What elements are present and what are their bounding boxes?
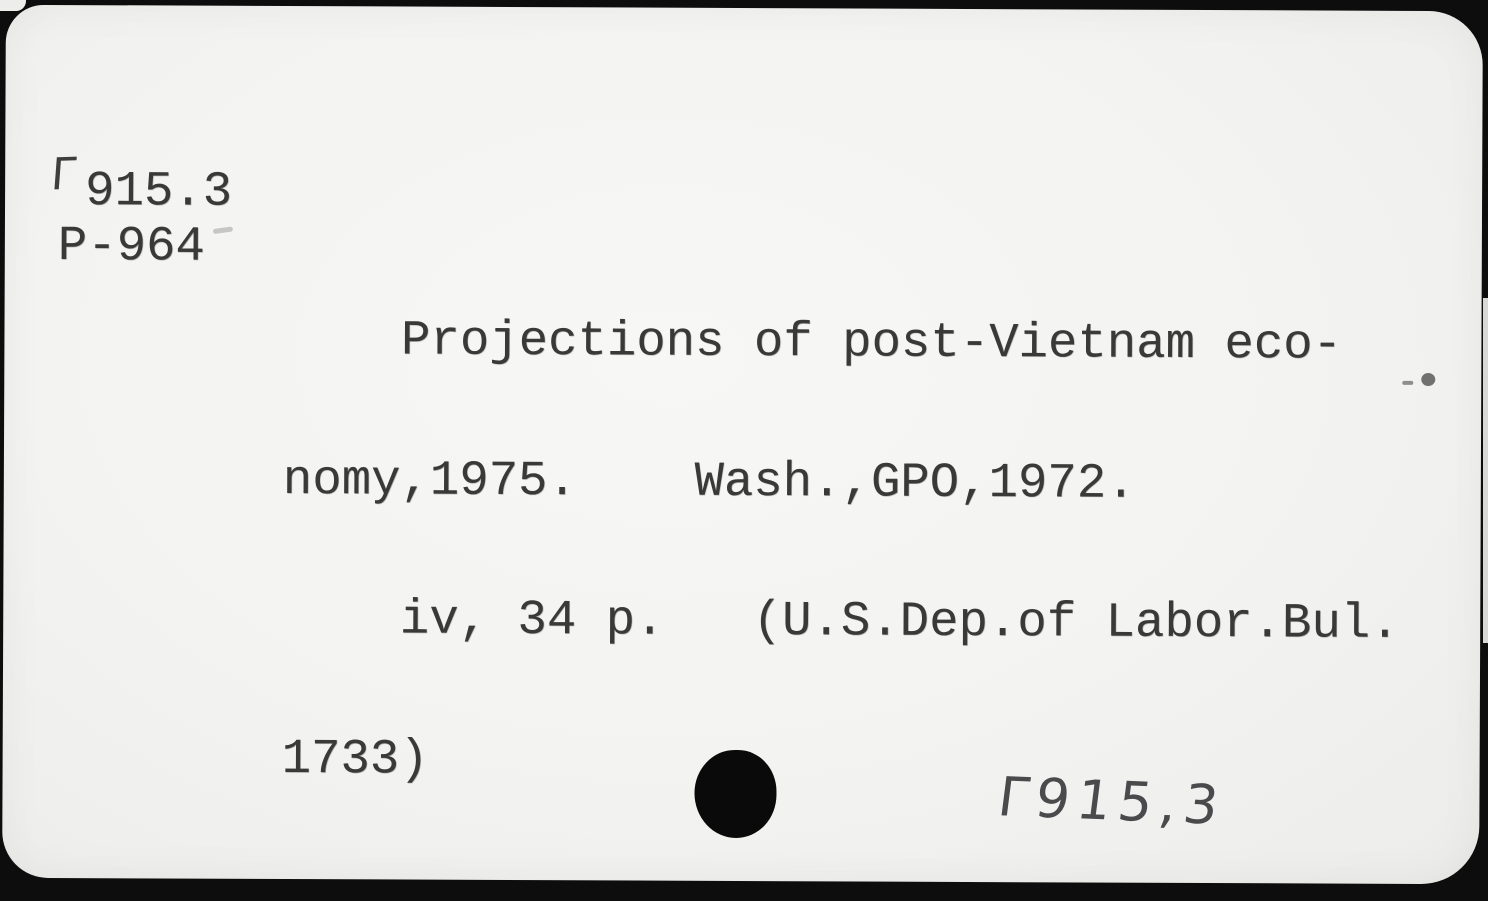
call-number-class: 915.3 <box>85 168 232 215</box>
paper-speck <box>1402 381 1413 385</box>
hole-punch-icon <box>694 750 776 838</box>
scanner-corner-artifact <box>0 0 26 11</box>
entry-line-title: Projections of post-Vietnam eco- <box>283 317 1401 368</box>
scan-background: Γ 915.3 P-964 Projections of post-Vietna… <box>0 0 1488 901</box>
adjacent-card-edge <box>1483 298 1488 643</box>
handwritten-call-number-annotation: Γ915,3 <box>995 765 1229 837</box>
paper-smudge <box>213 226 233 234</box>
catalog-entry: Projections of post-Vietnam eco- nomy,19… <box>281 224 1401 880</box>
entry-line-imprint: nomy,1975. Wash.,GPO,1972. <box>283 456 1401 507</box>
handwritten-class-prefix: Γ <box>49 149 77 201</box>
call-number-cutter: P-964 <box>58 223 205 270</box>
catalog-card: Γ 915.3 P-964 Projections of post-Vietna… <box>2 5 1483 884</box>
paper-speck <box>1421 373 1435 386</box>
entry-line-collation-series: iv, 34 p. (U.S.Dep.of Labor.Bul. <box>282 596 1400 647</box>
entry-line-series-number: 1733) <box>282 735 1400 786</box>
